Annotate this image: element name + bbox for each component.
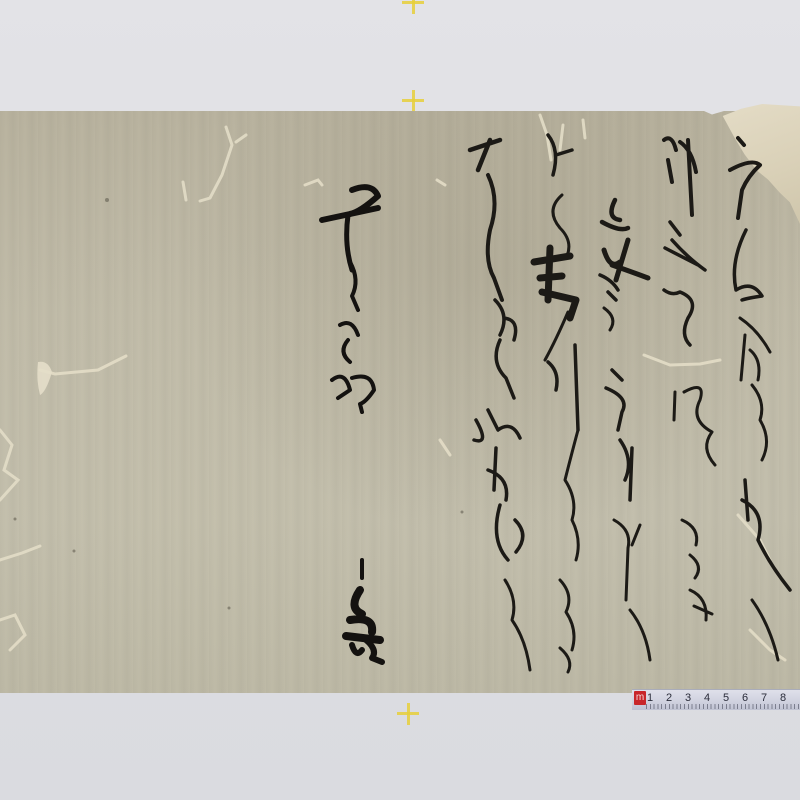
photo-scene: m 1 2 3 4 5 6 7 8 <box>0 0 800 800</box>
registration-mark-top <box>402 0 424 14</box>
registration-mark-upper <box>402 90 424 112</box>
ruler-digit: 2 <box>666 691 685 705</box>
ruler-tick-marks <box>646 704 800 709</box>
registration-mark-bottom <box>397 703 419 725</box>
ruler-unit-badge: m <box>634 691 646 705</box>
ruler-digit: 6 <box>742 691 761 705</box>
ruler-digits: 1 2 3 4 5 6 7 8 <box>647 691 799 705</box>
ruler-digit: 8 <box>780 691 799 705</box>
aged-paper-document <box>0 111 800 693</box>
measurement-scale: m 1 2 3 4 5 6 7 8 <box>632 689 800 710</box>
ruler-digit: 3 <box>685 691 704 705</box>
ruler-digit: 4 <box>704 691 723 705</box>
ruler-digit: 1 <box>647 691 666 705</box>
ruler-digit: 7 <box>761 691 780 705</box>
ruler-digit: 5 <box>723 691 742 705</box>
